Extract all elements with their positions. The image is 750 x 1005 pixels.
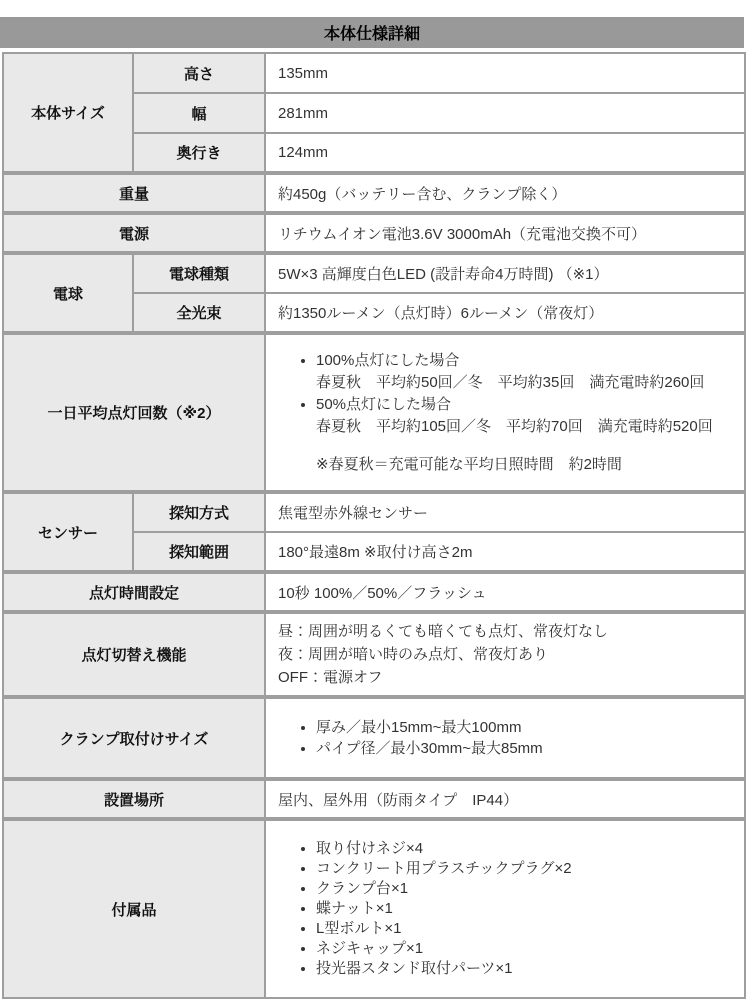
sub-label-detection-method: 探知方式 — [133, 492, 265, 532]
footnote-spring-summer-autumn: ※春夏秋＝充電可能な平均日照時間 約2時間 — [316, 454, 734, 476]
value-depth: 124mm — [265, 133, 745, 173]
table-row: 設置場所 屋内、屋外用（防雨タイプ IP44） — [3, 779, 745, 819]
label-power-source: 電源 — [3, 213, 265, 253]
value-width: 281mm — [265, 93, 745, 133]
table-row: 本体サイズ 高さ 135mm — [3, 53, 745, 93]
value-height: 135mm — [265, 53, 745, 93]
list-item: 蝶ナット×1 — [316, 899, 734, 919]
list-item: 100%点灯にした場合 春夏秋 平均約50回／冬 平均約35回 満充電時約260… — [316, 350, 734, 394]
spec-table-title-bar: 本体仕様詳細 — [0, 17, 744, 48]
accessories-list: 取り付けネジ×4 コンクリート用プラスチックプラグ×2 クランプ台×1 蝶ナット… — [278, 839, 734, 979]
table-row: 電源 リチウムイオン電池3.6V 3000mAh（充電池交換不可） — [3, 213, 745, 253]
table-row: 電球 電球種類 5W×3 高輝度白色LED (設計寿命4万時間) （※1） — [3, 253, 745, 293]
sub-label-luminous-flux: 全光束 — [133, 293, 265, 333]
list-item: ネジキャップ×1 — [316, 939, 734, 959]
list-item: パイプ径／最小30mm~最大85mm — [316, 738, 734, 759]
value-installation-place: 屋内、屋外用（防雨タイプ IP44） — [265, 779, 745, 819]
table-row: クランプ取付けサイズ 厚み／最小15mm~最大100mm パイプ径／最小30mm… — [3, 697, 745, 779]
sub-label-height: 高さ — [133, 53, 265, 93]
value-accessories: 取り付けネジ×4 コンクリート用プラスチックプラグ×2 クランプ台×1 蝶ナット… — [265, 819, 745, 998]
value-clamp-mount-size: 厚み／最小15mm~最大100mm パイプ径／最小30mm~最大85mm — [265, 697, 745, 779]
value-detection-range: 180°最遠8m ※取付け高さ2m — [265, 532, 745, 572]
group-label-sensor: センサー — [3, 492, 133, 572]
list-item-detail: 春夏秋 平均約50回／冬 平均約35回 満充電時約260回 — [316, 374, 704, 391]
label-clamp-mount-size: クランプ取付けサイズ — [3, 697, 265, 779]
list-item-title: 50%点灯にした場合 — [316, 396, 451, 413]
label-accessories: 付属品 — [3, 819, 265, 998]
mode-line-day: 昼：周囲が明るくても暗くても点灯、常夜灯なし — [278, 620, 734, 643]
value-daily-lighting-count: 100%点灯にした場合 春夏秋 平均約50回／冬 平均約35回 満充電時約260… — [265, 333, 745, 492]
list-item: 厚み／最小15mm~最大100mm — [316, 717, 734, 738]
spec-page: 本体仕様詳細 本体サイズ 高さ 135mm 幅 281mm 奥行き 124mm … — [0, 0, 750, 1005]
table-row: センサー 探知方式 焦電型赤外線センサー — [3, 492, 745, 532]
value-bulb-type: 5W×3 高輝度白色LED (設計寿命4万時間) （※1） — [265, 253, 745, 293]
value-lighting-mode-switch: 昼：周囲が明るくても暗くても点灯、常夜灯なし 夜：周囲が暗い時のみ点灯、常夜灯あ… — [265, 612, 745, 697]
label-weight: 重量 — [3, 173, 265, 213]
table-row: 点灯時間設定 10秒 100%／50%／フラッシュ — [3, 572, 745, 612]
lighting-count-list: 100%点灯にした場合 春夏秋 平均約50回／冬 平均約35回 満充電時約260… — [278, 350, 734, 438]
clamp-size-list: 厚み／最小15mm~最大100mm パイプ径／最小30mm~最大85mm — [278, 717, 734, 759]
list-item: 投光器スタンド取付パーツ×1 — [316, 959, 734, 979]
sub-label-detection-range: 探知範囲 — [133, 532, 265, 572]
list-item: クランプ台×1 — [316, 879, 734, 899]
group-label-body-size: 本体サイズ — [3, 53, 133, 173]
label-installation-place: 設置場所 — [3, 779, 265, 819]
sub-label-depth: 奥行き — [133, 133, 265, 173]
mode-line-night: 夜：周囲が暗い時のみ点灯、常夜灯あり — [278, 643, 734, 666]
table-row: 一日平均点灯回数（※2） 100%点灯にした場合 春夏秋 平均約50回／冬 平均… — [3, 333, 745, 492]
label-daily-lighting-count: 一日平均点灯回数（※2） — [3, 333, 265, 492]
list-item: 50%点灯にした場合 春夏秋 平均約105回／冬 平均約70回 満充電時約520… — [316, 394, 734, 438]
group-label-bulb: 電球 — [3, 253, 133, 333]
spec-table-title: 本体仕様詳細 — [324, 21, 420, 44]
label-lighting-mode-switch: 点灯切替え機能 — [3, 612, 265, 697]
sub-label-width: 幅 — [133, 93, 265, 133]
list-item-title: 100%点灯にした場合 — [316, 352, 459, 369]
list-item: コンクリート用プラスチックプラグ×2 — [316, 859, 734, 879]
table-row: 重量 約450g（バッテリー含む、クランプ除く） — [3, 173, 745, 213]
value-power-source: リチウムイオン電池3.6V 3000mAh（充電池交換不可） — [265, 213, 745, 253]
label-lighting-time-setting: 点灯時間設定 — [3, 572, 265, 612]
list-item-detail: 春夏秋 平均約105回／冬 平均約70回 満充電時約520回 — [316, 418, 713, 435]
value-lighting-time-setting: 10秒 100%／50%／フラッシュ — [265, 572, 745, 612]
value-luminous-flux: 約1350ルーメン（点灯時）6ルーメン（常夜灯） — [265, 293, 745, 333]
spec-table: 本体サイズ 高さ 135mm 幅 281mm 奥行き 124mm 重量 約450… — [2, 52, 746, 999]
list-item: L型ボルト×1 — [316, 919, 734, 939]
value-detection-method: 焦電型赤外線センサー — [265, 492, 745, 532]
table-row: 点灯切替え機能 昼：周囲が明るくても暗くても点灯、常夜灯なし 夜：周囲が暗い時の… — [3, 612, 745, 697]
table-row: 付属品 取り付けネジ×4 コンクリート用プラスチックプラグ×2 クランプ台×1 … — [3, 819, 745, 998]
list-item: 取り付けネジ×4 — [316, 839, 734, 859]
mode-line-off: OFF：電源オフ — [278, 666, 734, 689]
sub-label-bulb-type: 電球種類 — [133, 253, 265, 293]
value-weight: 約450g（バッテリー含む、クランプ除く） — [265, 173, 745, 213]
